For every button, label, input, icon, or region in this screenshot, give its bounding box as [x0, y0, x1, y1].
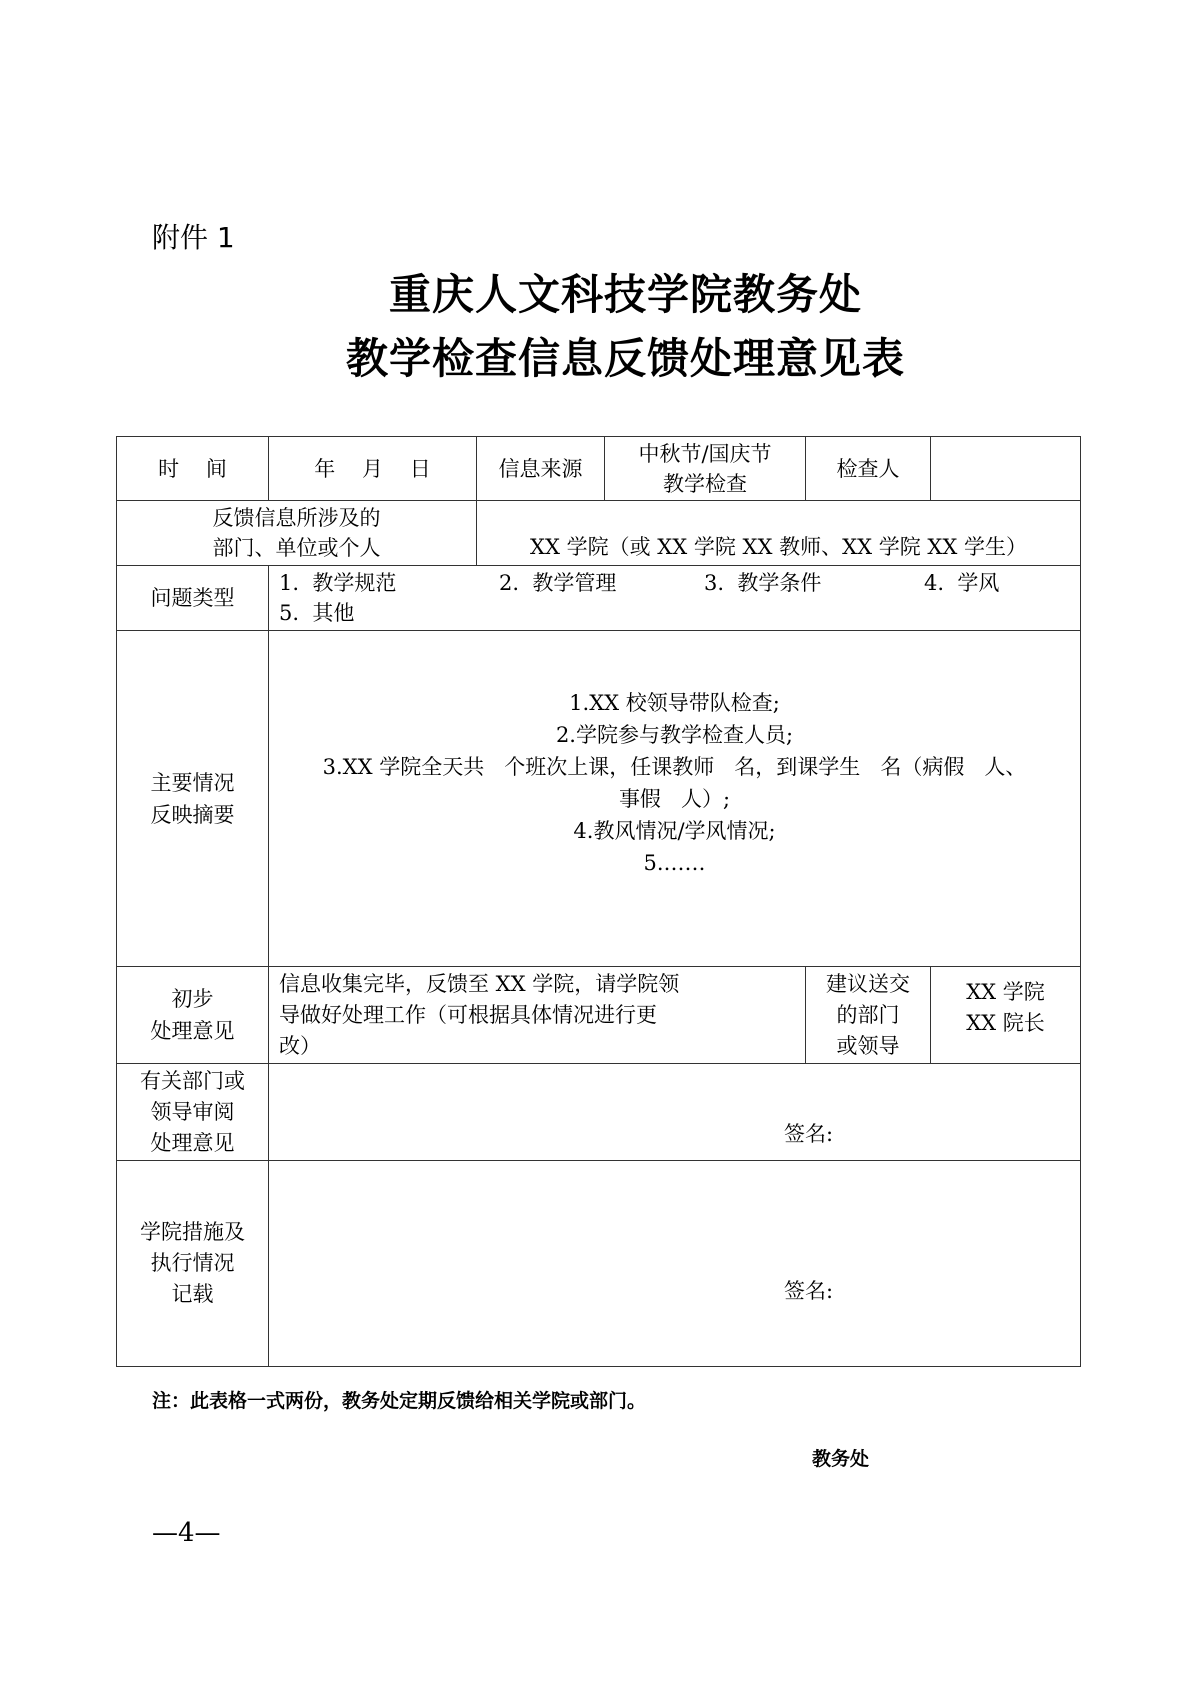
inspector-field[interactable]	[931, 437, 1081, 501]
summary-item-2: 2.学院参与教学检查人员;	[279, 719, 1070, 751]
source-value[interactable]: 中秋节/国庆节 教学检查	[605, 437, 806, 501]
main-summary-content[interactable]: 1.XX 校领导带队检查; 2.学院参与教学检查人员; 3.XX 学院全天共 个…	[269, 631, 1081, 967]
main-summary-label: 主要情况 反映摘要	[117, 631, 269, 967]
row-feedback-target: 反馈信息所涉及的 部门、单位或个人 XX 学院（或 XX 学院 XX 教师、XX…	[117, 501, 1081, 566]
feedback-target-label-line-1: 反馈信息所涉及的	[127, 503, 466, 533]
preliminary-opinion-text[interactable]: 信息收集完毕，反馈至 XX 学院，请学院领 导做好处理工作（可根据具体情况进行更…	[269, 967, 806, 1064]
summary-item-3-cont: 事假 人）;	[279, 783, 1070, 815]
issue-type-option-2[interactable]: 2. 教学管理	[499, 568, 704, 598]
inspector-label: 检查人	[806, 437, 931, 501]
preliminary-opinion-label-line-1: 初步	[127, 983, 258, 1015]
recipient-value-line-1: XX 学院	[941, 977, 1070, 1008]
main-summary-label-line-1: 主要情况	[127, 767, 258, 799]
issue-type-option-1[interactable]: 1. 教学规范	[279, 568, 499, 598]
preliminary-opinion-label-line-2: 处理意见	[127, 1015, 258, 1047]
summary-item-1: 1.XX 校领导带队检查;	[279, 687, 1070, 719]
department-review-label: 有关部门或 领导审阅 处理意见	[117, 1064, 269, 1161]
college-measures-signature-label: 签名:	[784, 1275, 833, 1307]
feedback-target-value[interactable]: XX 学院（或 XX 学院 XX 教师、XX 学院 XX 学生）	[477, 501, 1081, 566]
preliminary-opinion-label: 初步 处理意见	[117, 967, 269, 1064]
department-review-label-line-3: 处理意见	[121, 1128, 264, 1159]
college-measures-label: 学院措施及 执行情况 记载	[117, 1161, 269, 1367]
feedback-target-text: XX 学院（或 XX 学院 XX 教师、XX 学院 XX 学生）	[530, 535, 1027, 559]
issue-type-label: 问题类型	[117, 566, 269, 631]
row-college-measures: 学院措施及 执行情况 记载 签名:	[117, 1161, 1081, 1367]
recipient-label-line-1: 建议送交	[810, 969, 926, 1000]
feedback-target-label-line-2: 部门、单位或个人	[127, 533, 466, 563]
summary-item-4: 4.教风情况/学风情况;	[279, 815, 1070, 847]
row-department-review: 有关部门或 领导审阅 处理意见 签名:	[117, 1064, 1081, 1161]
department-review-signature-label: 签名:	[784, 1118, 833, 1150]
preliminary-opinion-line-2: 导做好处理工作（可根据具体情况进行更	[279, 1000, 795, 1031]
feedback-form-table: 时 间 年 月 日 信息来源 中秋节/国庆节 教学检查 检查人 反馈信息所涉及的…	[116, 436, 1081, 1367]
recipient-label-line-2: 的部门	[810, 1000, 926, 1031]
main-summary-label-line-2: 反映摘要	[127, 799, 258, 831]
time-label: 时 间	[117, 437, 269, 501]
recipient-label-line-3: 或领导	[810, 1031, 926, 1062]
college-measures-label-line-3: 记载	[121, 1279, 264, 1310]
row-preliminary-opinion: 初步 处理意见 信息收集完毕，反馈至 XX 学院，请学院领 导做好处理工作（可根…	[117, 967, 1081, 1064]
issue-type-option-5[interactable]: 5. 其他	[279, 598, 354, 628]
college-measures-label-line-1: 学院措施及	[121, 1217, 264, 1248]
preliminary-opinion-line-3: 改）	[279, 1031, 795, 1062]
recipient-value-line-2: XX 院长	[941, 1008, 1070, 1039]
summary-item-5: 5.……	[279, 847, 1070, 879]
source-value-line-2: 教学检查	[615, 469, 795, 499]
department-review-field[interactable]: 签名:	[269, 1064, 1081, 1161]
recipient-label: 建议送交 的部门 或领导	[806, 967, 931, 1064]
source-value-line-1: 中秋节/国庆节	[615, 439, 795, 469]
feedback-target-label: 反馈信息所涉及的 部门、单位或个人	[117, 501, 477, 566]
date-field[interactable]: 年 月 日	[269, 437, 477, 501]
college-measures-label-line-2: 执行情况	[121, 1248, 264, 1279]
title-line-1: 重庆人文科技学院教务处	[30, 262, 1191, 322]
recipient-value[interactable]: XX 学院 XX 院长	[931, 967, 1081, 1064]
title-line-2: 教学检查信息反馈处理意见表	[30, 326, 1191, 386]
college-measures-field[interactable]: 签名:	[269, 1161, 1081, 1367]
page-number: —4—	[152, 1518, 221, 1548]
issue-type-option-3[interactable]: 3. 教学条件	[704, 568, 924, 598]
department-review-label-line-1: 有关部门或	[121, 1066, 264, 1097]
issue-type-option-4[interactable]: 4. 学风	[924, 568, 999, 598]
row-main-summary: 主要情况 反映摘要 1.XX 校领导带队检查; 2.学院参与教学检查人员; 3.…	[117, 631, 1081, 967]
summary-item-3: 3.XX 学院全天共 个班次上课，任课教师 名，到课学生 名（病假 人、	[279, 751, 1070, 783]
issuer-label: 教务处	[812, 1444, 869, 1471]
preliminary-opinion-line-1: 信息收集完毕，反馈至 XX 学院，请学院领	[279, 969, 795, 1000]
issue-type-options: 1. 教学规范2. 教学管理3. 教学条件4. 学风 5. 其他	[269, 566, 1081, 631]
row-basic-info: 时 间 年 月 日 信息来源 中秋节/国庆节 教学检查 检查人	[117, 437, 1081, 501]
department-review-label-line-2: 领导审阅	[121, 1097, 264, 1128]
footer-note: 注：此表格一式两份，教务处定期反馈给相关学院或部门。	[152, 1386, 646, 1413]
attachment-label: 附件 1	[152, 216, 235, 256]
source-label: 信息来源	[477, 437, 605, 501]
row-issue-type: 问题类型 1. 教学规范2. 教学管理3. 教学条件4. 学风 5. 其他	[117, 566, 1081, 631]
